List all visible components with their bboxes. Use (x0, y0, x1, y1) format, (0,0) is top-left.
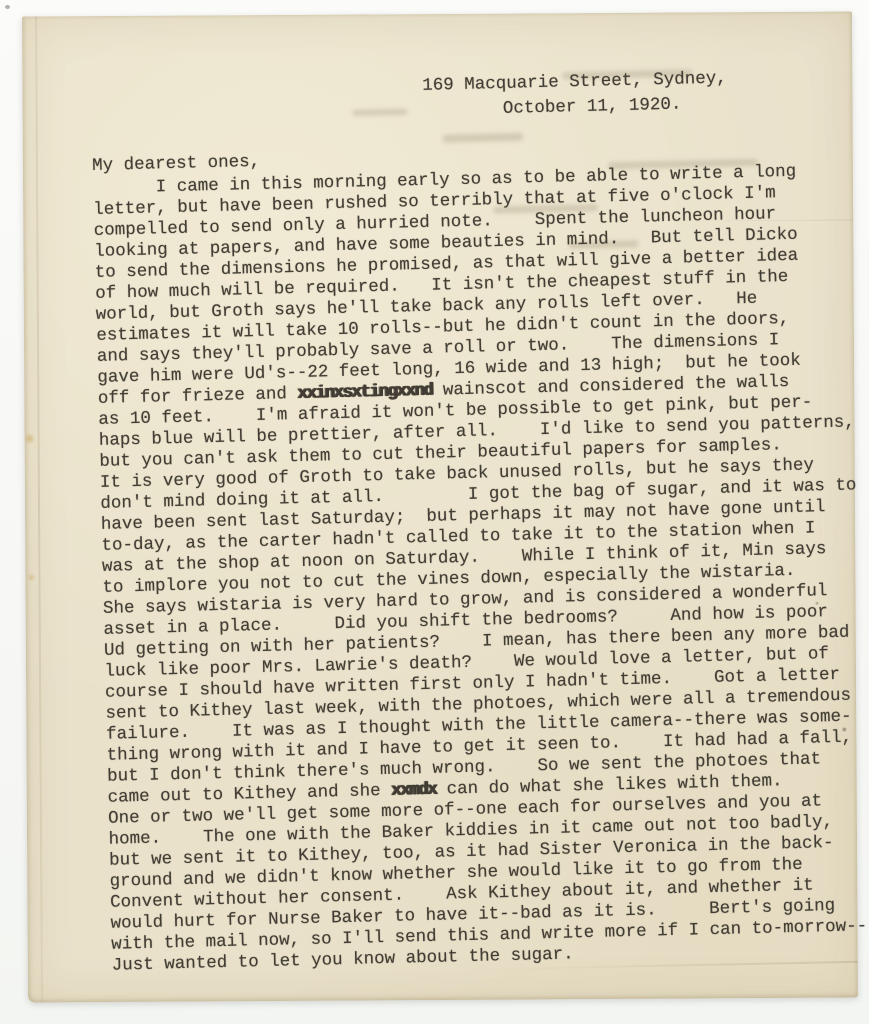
letter-heading: 169 Macquarie Street, Sydney, October 11… (90, 63, 853, 132)
overstruck-word: xxinxsxtingxxnd (297, 381, 432, 404)
scan-background: 169 Macquarie Street, Sydney, October 11… (0, 0, 869, 1024)
letter-body: I came in this morning early so as to be… (93, 160, 869, 976)
letter-paper: 169 Macquarie Street, Sydney, October 11… (22, 11, 858, 1002)
overstruck-word: xxmdx (391, 780, 436, 801)
typed-text: 169 Macquarie Street, Sydney, October 11… (21, 0, 869, 978)
scan-speck (5, 5, 10, 9)
